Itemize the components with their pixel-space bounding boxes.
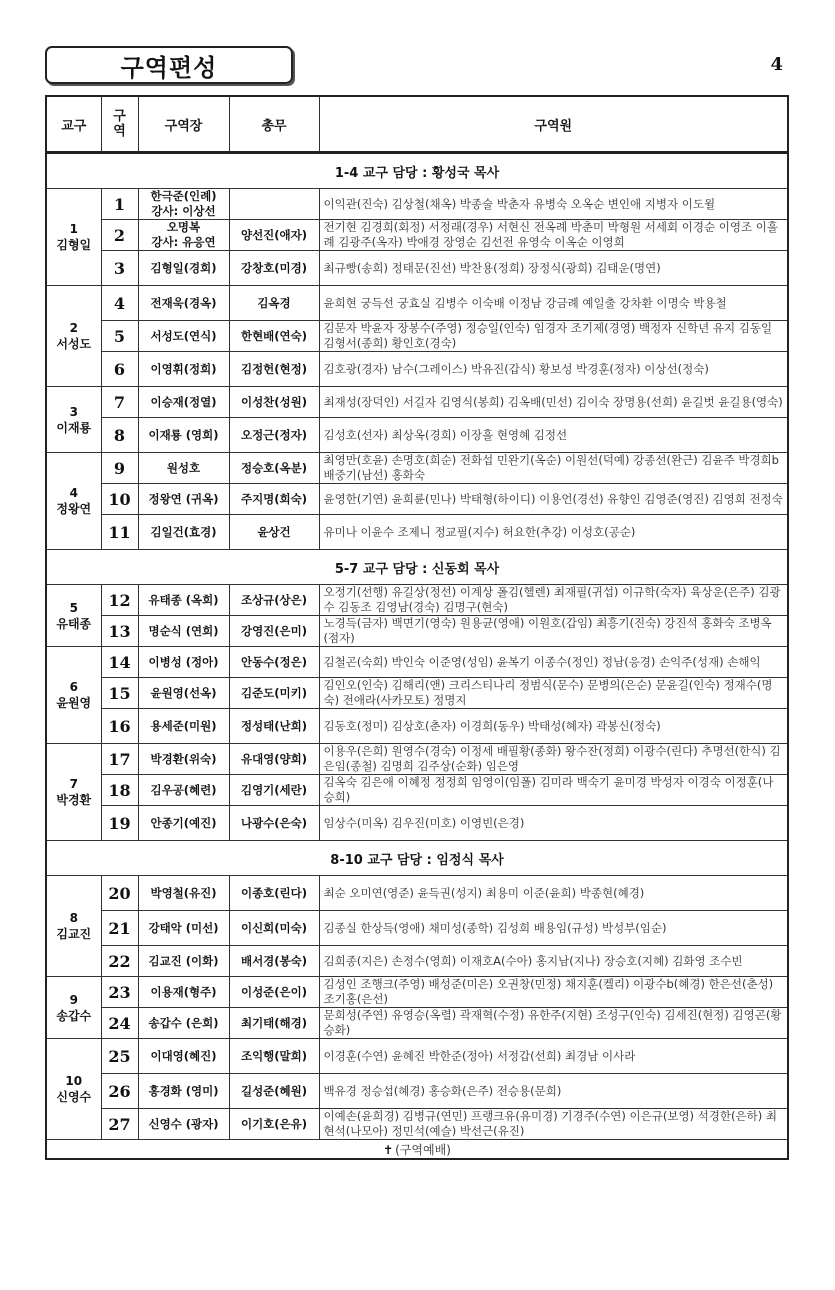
district-secretary: 이성찬(성원) [229,387,319,418]
footer-row: ✝(구역예배) [46,1140,788,1160]
district-leader: 신영수 (광자) [143,1117,225,1132]
district-number: 9 [101,453,138,484]
parish-leader-name: 이재룡 [51,420,97,436]
district-leader: 김형일(경희) [143,261,225,276]
district-secretary: 나광수(은숙) [229,806,319,841]
footer-note: ✝(구역예배) [46,1140,788,1160]
district-number: 10 [101,484,138,515]
footer-text: (구역예배) [395,1143,451,1157]
district-leader-cell: 강태악 (미선) [138,911,229,946]
district-secretary: 조상규(상은) [229,585,319,616]
district-number: 23 [101,977,138,1008]
table-row: 1김형일1한극준(인례)강사: 이상선이익관(진숙) 김상철(채옥) 박종술 박… [46,189,788,220]
district-leader-cell: 김일건(효경) [138,515,229,550]
page-title: 구역편성 [121,48,218,83]
district-number: 20 [101,876,138,911]
district-secretary: 김준도(미키) [229,678,319,709]
district-members: 김인오(인숙) 김해리(앤) 크리스티나리 정범식(문수) 문병의(은순) 문윤… [319,678,788,709]
district-leader: 송갑수 (은희) [143,1016,225,1031]
district-leader-cell: 이용재(형주) [138,977,229,1008]
district-leader-cell: 정왕연 (귀옥) [138,484,229,515]
district-members: 이익관(진숙) 김상철(채옥) 박종술 박춘자 유병숙 오옥순 변인애 지병자 … [319,189,788,220]
district-roster-table: 교구 구역 구역장 총무 구역원 1-4 교구 담당 : 황성국 목사1김형일1… [45,95,789,1160]
parish-leader-name: 박경환 [51,792,97,808]
district-members: 김문자 박윤자 장봉수(주영) 정승일(인숙) 임경자 조기제(경영) 백정자 … [319,321,788,352]
district-leader: 이승재(정열) [143,395,225,410]
district-leader: 박영철(유진) [143,886,225,901]
district-secretary: 김정헌(현정) [229,352,319,387]
district-number: 19 [101,806,138,841]
table-row: 11김일건(효경)윤상건유미나 이윤수 조제니 정교필(지수) 허요한(추강) … [46,515,788,550]
parish-leader-name: 윤원영 [51,695,97,711]
district-leader-cell: 김형일(경희) [138,251,229,286]
district-secretary: 최기태(해경) [229,1008,319,1039]
district-number: 22 [101,946,138,977]
table-row: 10정왕연 (귀옥)주지명(희숙)윤영한(기연) 윤희륜(민나) 박태형(하이디… [46,484,788,515]
district-secretary: 강창호(미경) [229,251,319,286]
district-leader-cell: 서성도(연식) [138,321,229,352]
district-secretary: 정성태(난희) [229,709,319,744]
parish-cell: 4정왕연 [46,453,101,550]
district-leader-cell: 명순식 (연희) [138,616,229,647]
district-members: 이예손(윤희경) 김병규(연민) 프랭크유(유미경) 기경주(수연) 이은규(보… [319,1109,788,1140]
district-members: 윤희현 궁득선 궁효실 김병수 이숙배 이정남 강금례 예일출 강차환 이명숙 … [319,286,788,321]
district-leader: 홍경화 (영미) [143,1084,225,1099]
table-row: 4정왕연9원성호정승호(옥분)최영만(호윤) 손명호(희순) 전화섭 민완기(옥… [46,453,788,484]
table-row: 24송갑수 (은희)최기태(해경)문희성(주연) 유영승(옥렬) 곽재혁(수정)… [46,1008,788,1039]
district-secretary: 배서경(봉숙) [229,946,319,977]
header-secretary: 총무 [229,96,319,153]
district-leader-cell: 이병성 (정아) [138,647,229,678]
district-members: 백유경 정승섭(혜경) 홍승화(은주) 전승용(문희) [319,1074,788,1109]
parish-number: 2 [51,320,97,336]
district-instructor: 강사: 이상선 [143,204,225,219]
district-leader-cell: 전재욱(경옥) [138,286,229,321]
district-number: 15 [101,678,138,709]
district-secretary: 김옥경 [229,286,319,321]
district-number: 26 [101,1074,138,1109]
district-secretary: 오정근(정자) [229,418,319,453]
district-secretary: 유대영(양희) [229,744,319,775]
table-row: 9송갑수23이용재(형주)이성준(은이)김성인 조행크(주영) 배성준(미은) … [46,977,788,1008]
district-secretary: 주지명(희숙) [229,484,319,515]
district-leader-cell: 이재룡 (영희) [138,418,229,453]
table-row: 6윤원영14이병성 (정아)안동수(정은)김철곤(숙희) 박인숙 이준영(성임)… [46,647,788,678]
parish-leader-name: 김교진 [51,926,97,942]
district-leader: 정왕연 (귀옥) [143,492,225,507]
district-leader: 이병성 (정아) [143,655,225,670]
district-number: 14 [101,647,138,678]
district-members: 윤영한(기연) 윤희륜(민나) 박태형(하이디) 이용언(경선) 유향인 김영준… [319,484,788,515]
parish-cell: 5유태종 [46,585,101,647]
district-members: 최재성(장덕인) 서길자 김영식(봉희) 김옥배(민선) 김이숙 장명용(선희)… [319,387,788,418]
district-leader: 명순식 (연희) [143,624,225,639]
table-row: 2서성도4전재욱(경옥)김옥경윤희현 궁득선 궁효실 김병수 이숙배 이정남 강… [46,286,788,321]
group-banner: 5-7 교구 담당 : 신동회 목사 [46,550,788,585]
table-row: 26홍경화 (영미)길성준(혜원)백유경 정승섭(혜경) 홍승화(은주) 전승용… [46,1074,788,1109]
parish-cell: 9송갑수 [46,977,101,1039]
district-leader-cell: 김교진 (이화) [138,946,229,977]
district-leader: 김교진 (이화) [143,954,225,969]
header-leader: 구역장 [138,96,229,153]
group-banner-row: 8-10 교구 담당 : 임정식 목사 [46,841,788,876]
page-number: 4 [770,54,783,75]
table-row: 8이재룡 (영희)오정근(정자)김성호(선자) 최상옥(경희) 이장흘 현영혜 … [46,418,788,453]
district-leader: 전재욱(경옥) [143,296,225,311]
table-row: 5서성도(연식)한현배(연숙)김문자 박윤자 장봉수(주영) 정승일(인숙) 임… [46,321,788,352]
table-row: 3김형일(경희)강창호(미경)최규빵(송희) 정태문(진선) 박찬용(정희) 장… [46,251,788,286]
district-leader: 이재룡 (영희) [143,428,225,443]
district-members: 노경득(금자) 백면기(영숙) 원용균(영애) 이원호(갑임) 최흥기(진숙) … [319,616,788,647]
district-leader-cell: 용세준(미원) [138,709,229,744]
district-secretary: 강영진(은미) [229,616,319,647]
parish-leader-name: 신영수 [51,1089,97,1105]
district-leader-cell: 이승재(정열) [138,387,229,418]
district-number: 6 [101,352,138,387]
parish-cell: 3이재룡 [46,387,101,453]
district-members: 전기현 김경희(회정) 서정래(경우) 서현신 전옥례 박춘미 박형원 서세회 … [319,220,788,251]
district-number: 1 [101,189,138,220]
district-secretary: 이종호(린다) [229,876,319,911]
district-leader-cell: 이영휘(정희) [138,352,229,387]
parish-leader-name: 정왕연 [51,501,97,517]
district-secretary: 안동수(정은) [229,647,319,678]
table-row: 16용세준(미원)정성태(난희)김동호(정미) 김상호(춘자) 이경희(동우) … [46,709,788,744]
parish-cell: 6윤원영 [46,647,101,744]
district-number: 7 [101,387,138,418]
district-leader: 윤원영(선옥) [143,686,225,701]
district-leader: 이용재(형주) [143,985,225,1000]
district-number: 12 [101,585,138,616]
district-number: 2 [101,220,138,251]
parish-leader-name: 김형일 [51,237,97,253]
parish-number: 9 [51,992,97,1008]
district-number: 13 [101,616,138,647]
district-leader: 안종기(예진) [143,816,225,831]
parish-number: 8 [51,910,97,926]
district-members: 김철곤(숙희) 박인숙 이준영(성임) 윤복기 이종수(정인) 정남(응경) 손… [319,647,788,678]
parish-number: 5 [51,600,97,616]
parish-leader-name: 서성도 [51,336,97,352]
district-leader: 강태악 (미선) [143,921,225,936]
district-instructor: 강사: 유응연 [143,235,225,250]
district-members: 최순 오미연(영준) 윤득권(성지) 최용미 이준(윤희) 박종현(혜경) [319,876,788,911]
district-leader-cell: 김우공(혜련) [138,775,229,806]
district-leader-cell: 송갑수 (은희) [138,1008,229,1039]
district-number: 3 [101,251,138,286]
group-banner: 1-4 교구 담당 : 황성국 목사 [46,153,788,189]
group-banner-row: 1-4 교구 담당 : 황성국 목사 [46,153,788,189]
parish-number: 7 [51,776,97,792]
district-leader: 김우공(혜련) [143,783,225,798]
parish-leader-name: 유태종 [51,616,97,632]
district-members: 오정기(선행) 유길상(정선) 이계상 폴김(헬렌) 최재필(귀섭) 이규학(숙… [319,585,788,616]
group-banner-row: 5-7 교구 담당 : 신동회 목사 [46,550,788,585]
district-secretary: 한현배(연숙) [229,321,319,352]
cross-icon: ✝ [383,1143,393,1157]
district-leader-cell: 유태종 (옥희) [138,585,229,616]
parish-number: 3 [51,404,97,420]
district-leader: 원성호 [143,461,225,476]
table-row: 22김교진 (이화)배서경(봉숙)김희종(지은) 손정수(영희) 이재호A(수아… [46,946,788,977]
parish-leader-name: 송갑수 [51,1008,97,1024]
parish-number: 4 [51,485,97,501]
district-leader: 유태종 (옥희) [143,593,225,608]
table-row: 13명순식 (연희)강영진(은미)노경득(금자) 백면기(영숙) 원용균(영애)… [46,616,788,647]
district-members: 김희종(지은) 손정수(영희) 이재호A(수아) 홍지남(지나) 장승호(지혜)… [319,946,788,977]
district-members: 김호광(경자) 남수(그레이스) 박유진(갑식) 황보성 박경훈(정자) 이상선… [319,352,788,387]
district-leader-cell: 윤원영(선옥) [138,678,229,709]
district-leader-cell: 이대영(혜진) [138,1039,229,1074]
district-secretary: 이신희(미숙) [229,911,319,946]
district-leader: 박경환(위숙) [143,752,225,767]
district-leader-cell: 박경환(위숙) [138,744,229,775]
table-row: 27신영수 (광자)이기호(은유)이예손(윤희경) 김병규(연민) 프랭크유(유… [46,1109,788,1140]
district-secretary: 양선진(애자) [229,220,319,251]
header-district-label: 구역 [113,109,126,139]
district-number: 18 [101,775,138,806]
parish-cell: 2서성도 [46,286,101,387]
district-number: 8 [101,418,138,453]
header-members: 구역원 [319,96,788,153]
district-number: 11 [101,515,138,550]
table-row: 8김교진20박영철(유진)이종호(린다)최순 오미연(영준) 윤득권(성지) 최… [46,876,788,911]
district-leader: 한극준(인례) [143,189,225,204]
district-number: 27 [101,1109,138,1140]
district-number: 25 [101,1039,138,1074]
district-leader: 김일건(효경) [143,525,225,540]
district-number: 21 [101,911,138,946]
district-number: 5 [101,321,138,352]
district-secretary: 이기호(은유) [229,1109,319,1140]
group-banner: 8-10 교구 담당 : 임정식 목사 [46,841,788,876]
parish-cell: 1김형일 [46,189,101,286]
district-leader-cell: 홍경화 (영미) [138,1074,229,1109]
district-members: 김성호(선자) 최상옥(경희) 이장흘 현영혜 김정선 [319,418,788,453]
table-row: 3이재룡7이승재(정열)이성찬(성원)최재성(장덕인) 서길자 김영식(봉희) … [46,387,788,418]
table-row: 10신영수25이대영(혜진)조익행(말희)이경훈(수연) 윤혜진 박한준(정아)… [46,1039,788,1074]
district-leader: 이영휘(정희) [143,362,225,377]
parish-cell: 10신영수 [46,1039,101,1140]
table-row: 7박경환17박경환(위숙)유대영(양희)이용우(은희) 원영수(경숙) 이정세 … [46,744,788,775]
district-members: 김성인 조행크(주영) 배성준(미은) 오권창(민정) 채지훈(켈리) 이광수b… [319,977,788,1008]
district-leader: 오명복 [143,220,225,235]
table-row: 15윤원영(선옥)김준도(미키)김인오(인숙) 김해리(앤) 크리스티나리 정범… [46,678,788,709]
district-members: 이용우(은희) 원영수(경숙) 이정세 배필황(종화) 왕수잔(정희) 이광수(… [319,744,788,775]
parish-number: 6 [51,679,97,695]
district-leader-cell: 원성호 [138,453,229,484]
parish-number: 1 [51,221,97,237]
district-members: 김동호(정미) 김상호(춘자) 이경희(동우) 박태성(혜자) 곽봉신(정숙) [319,709,788,744]
district-leader-cell: 안종기(예진) [138,806,229,841]
district-leader-cell: 박영철(유진) [138,876,229,911]
district-number: 4 [101,286,138,321]
district-members: 문희성(주연) 유영승(옥렬) 곽재혁(수정) 유한주(지현) 조성구(인숙) … [319,1008,788,1039]
district-number: 24 [101,1008,138,1039]
district-members: 임상수(미옥) 김우진(미호) 이영빈(은경) [319,806,788,841]
district-secretary [229,189,319,220]
district-members: 유미나 이윤수 조제니 정교필(지수) 허요한(추강) 이성호(공순) [319,515,788,550]
district-number: 17 [101,744,138,775]
district-leader: 용세준(미원) [143,719,225,734]
district-number: 16 [101,709,138,744]
district-members: 김옥숙 김은애 이혜정 정정희 임영이(임폴) 김미라 백숙기 윤미경 박성자 … [319,775,788,806]
table-row: 6이영휘(정희)김정헌(현정)김호광(경자) 남수(그레이스) 박유진(갑식) … [46,352,788,387]
table-row: 19안종기(예진)나광수(은숙)임상수(미옥) 김우진(미호) 이영빈(은경) [46,806,788,841]
district-secretary: 윤상건 [229,515,319,550]
table-row: 18김우공(혜련)김영기(세란)김옥숙 김은애 이혜정 정정희 임영이(임폴) … [46,775,788,806]
district-members: 최규빵(송희) 정태문(진선) 박찬용(정희) 장정식(광희) 김태운(명연) [319,251,788,286]
parish-cell: 8김교진 [46,876,101,977]
district-members: 이경훈(수연) 윤혜진 박한준(정아) 서정갑(선희) 최경남 이사라 [319,1039,788,1074]
district-secretary: 정승호(옥분) [229,453,319,484]
table-row: 5유태종12유태종 (옥희)조상규(상은)오정기(선행) 유길상(정선) 이계상… [46,585,788,616]
district-members: 김종실 한상득(영애) 채미성(종학) 김성희 배용임(규성) 박성부(임순) [319,911,788,946]
district-members: 최영만(호윤) 손명호(희순) 전화섭 민완기(옥순) 이원선(덕예) 강종선(… [319,453,788,484]
district-leader-cell: 신영수 (광자) [138,1109,229,1140]
table-row: 21강태악 (미선)이신희(미숙)김종실 한상득(영애) 채미성(종학) 김성희… [46,911,788,946]
district-leader: 서성도(연식) [143,329,225,344]
table-header-row: 교구 구역 구역장 총무 구역원 [46,96,788,153]
district-leader-cell: 오명복강사: 유응연 [138,220,229,251]
district-secretary: 이성준(은이) [229,977,319,1008]
page-title-box: 구역편성 [45,46,293,84]
parish-cell: 7박경환 [46,744,101,841]
district-leader-cell: 한극준(인례)강사: 이상선 [138,189,229,220]
header-parish: 교구 [46,96,101,153]
district-secretary: 길성준(혜원) [229,1074,319,1109]
district-secretary: 김영기(세란) [229,775,319,806]
district-leader: 이대영(혜진) [143,1049,225,1064]
table-body: 1-4 교구 담당 : 황성국 목사1김형일1한극준(인례)강사: 이상선이익관… [46,153,788,1140]
parish-number: 10 [51,1073,97,1089]
district-secretary: 조익행(말희) [229,1039,319,1074]
table-row: 2오명복강사: 유응연양선진(애자)전기현 김경희(회정) 서정래(경우) 서현… [46,220,788,251]
header-district: 구역 [101,96,138,153]
